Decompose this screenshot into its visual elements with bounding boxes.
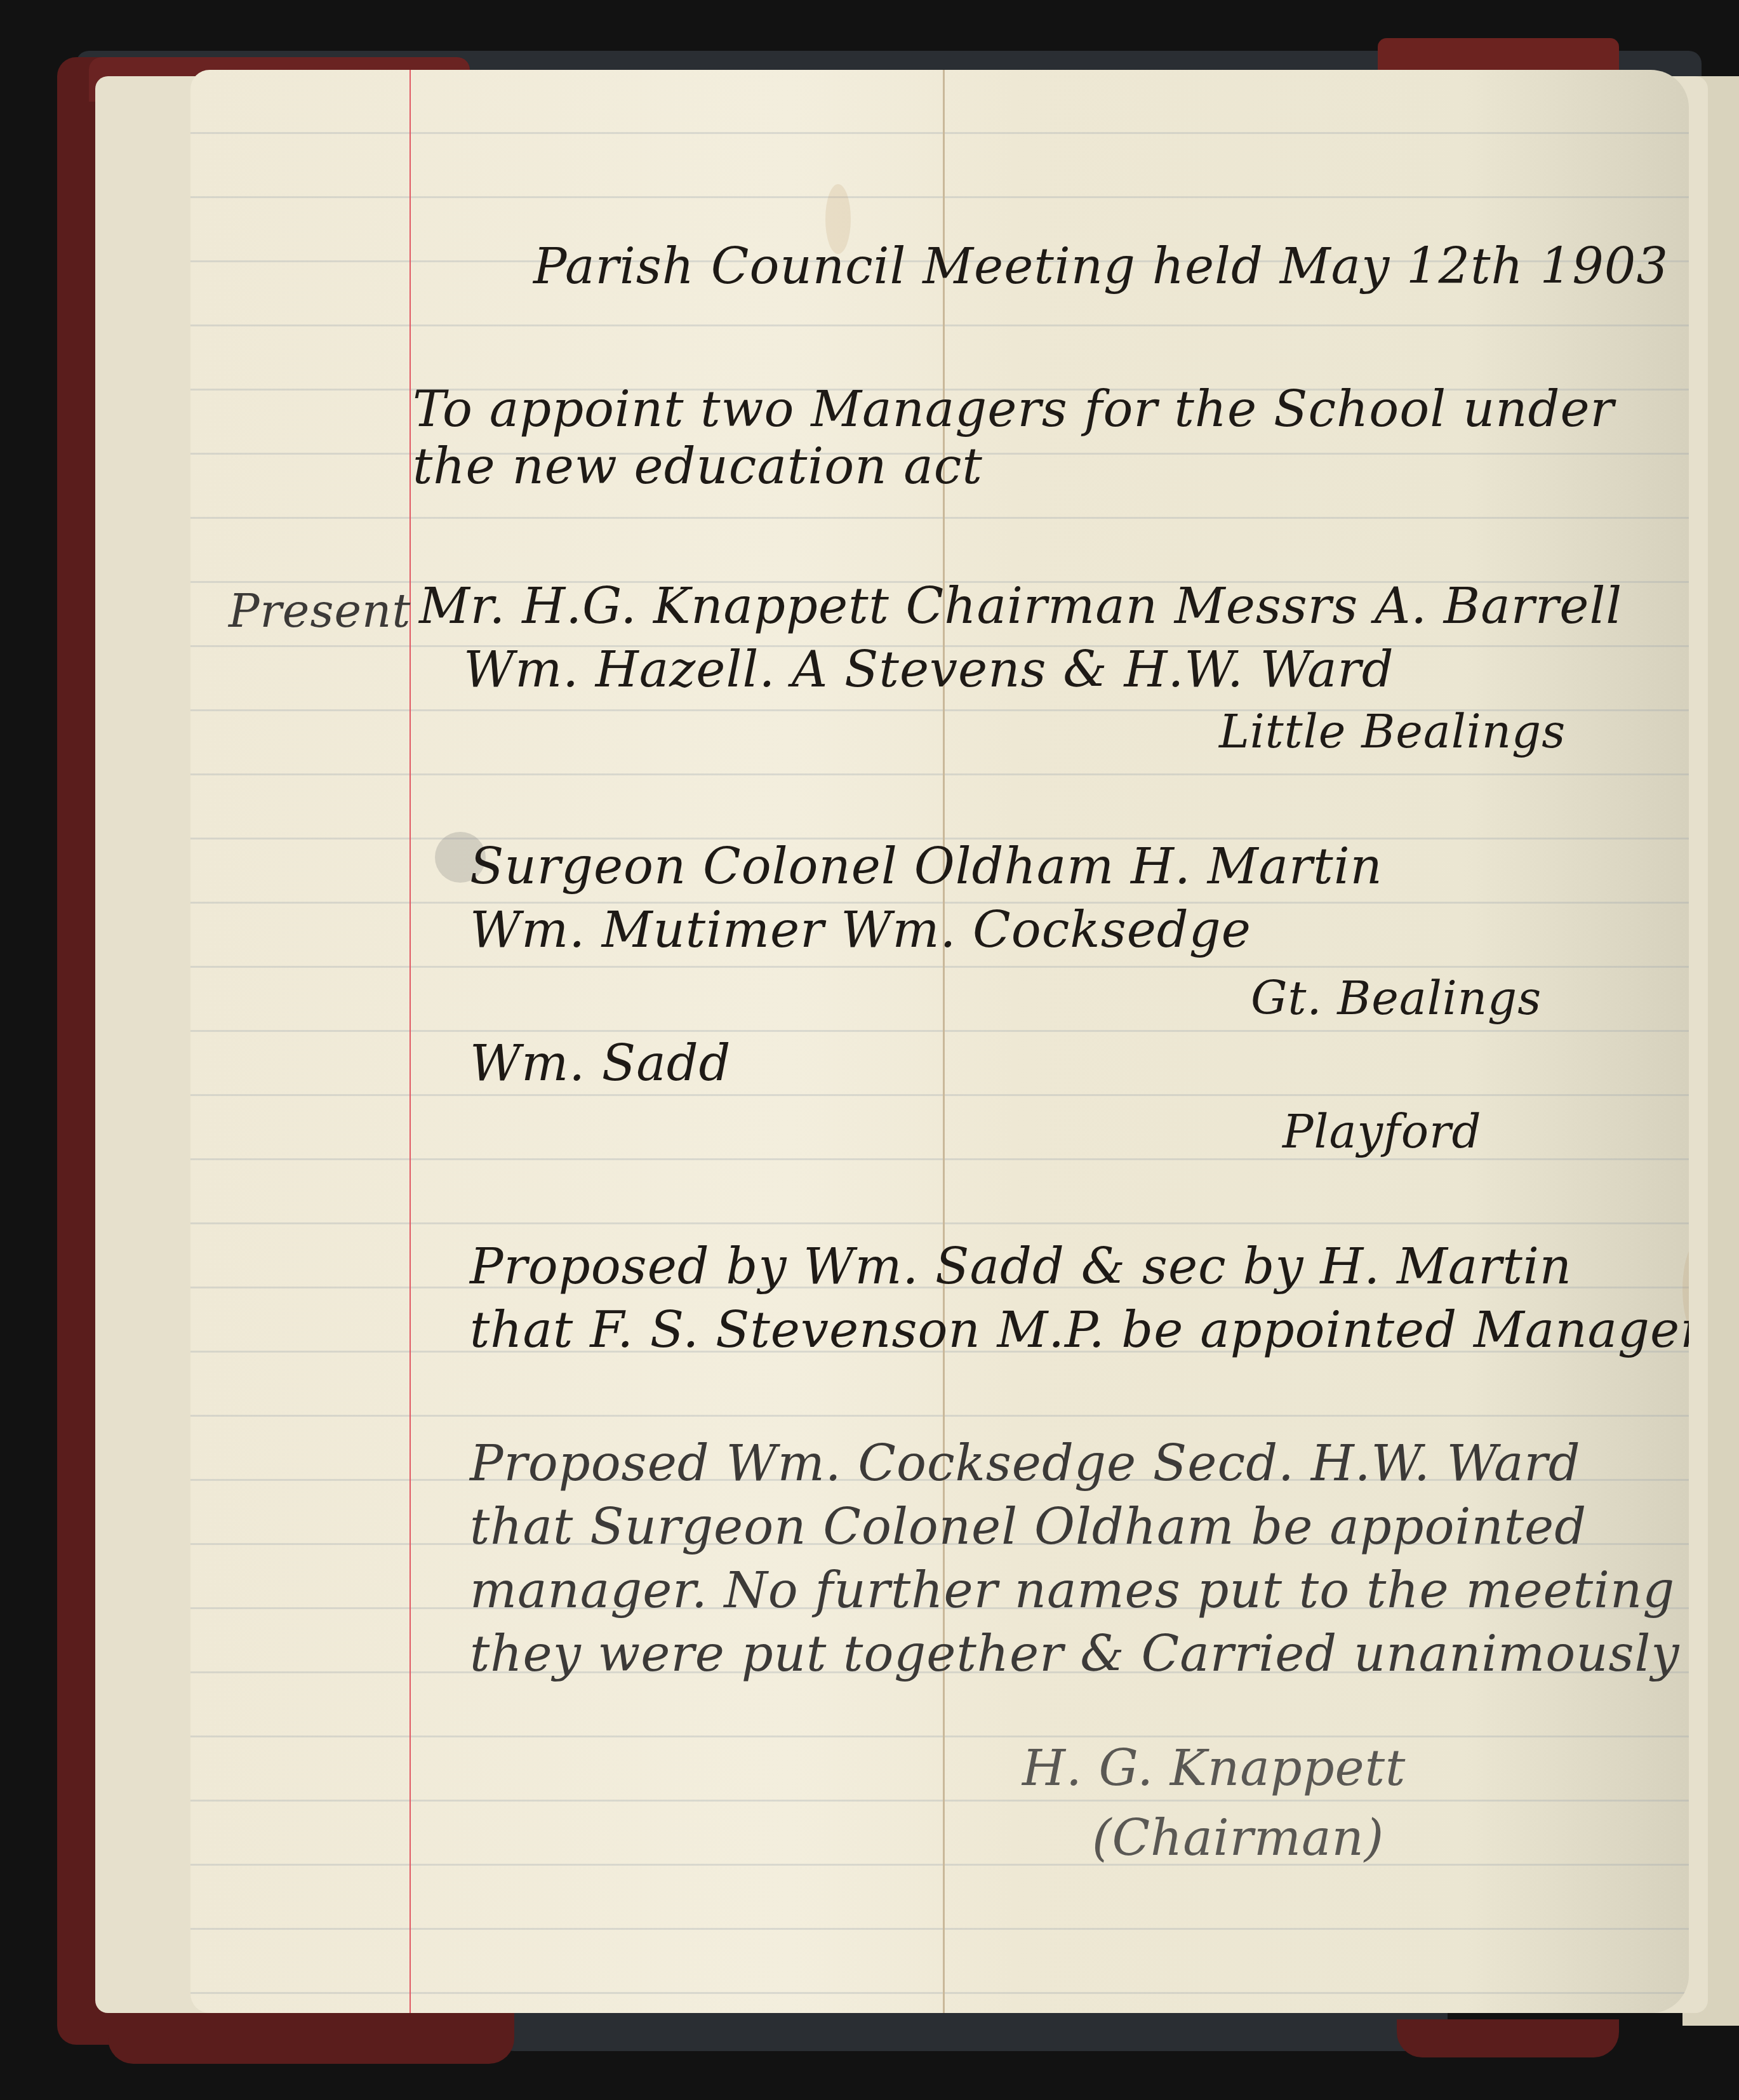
- resolution-1-line-1: Proposed by Wm. Sadd & sec by H. Martin: [470, 1238, 1572, 1295]
- meeting-title: Parish Council Meeting held May 12th 190…: [533, 238, 1669, 295]
- resolution-2-line-3: manager. No further names put to the mee…: [470, 1562, 1675, 1619]
- resolution-2-line-2: that Surgeon Colonel Oldham be appointed: [470, 1499, 1587, 1556]
- parish-little-bealings: Little Bealings: [1219, 705, 1566, 758]
- signature-role: (Chairman): [1092, 1810, 1384, 1867]
- present-label: Present: [229, 584, 411, 638]
- purpose-line-2: the new education act: [413, 438, 983, 495]
- attendees-line-5: Wm. Sadd: [470, 1035, 731, 1092]
- attendees-line-3: Surgeon Colonel Oldham H. Martin: [470, 838, 1383, 895]
- binding-cloth-bottom: [495, 2007, 1448, 2051]
- parish-playford: Playford: [1283, 1105, 1482, 1158]
- resolution-1-line-2: that F. S. Stevenson M.P. be appointed M…: [470, 1302, 1689, 1359]
- signature-name: H. G. Knappett: [1022, 1740, 1406, 1797]
- page-fold: [943, 70, 945, 2013]
- resolution-2-line-4: they were put together & Carried unanimo…: [470, 1626, 1679, 1683]
- attendees-line-4: Wm. Mutimer Wm. Cocksedge: [470, 902, 1251, 959]
- binding-leather-bottom-right: [1397, 2019, 1619, 2057]
- attendees-line-1: Mr. H.G. Knappett Chairman Messrs A. Bar…: [419, 578, 1622, 635]
- parish-gt-bealings: Gt. Bealings: [1251, 972, 1542, 1025]
- ledger-page: Parish Council Meeting held May 12th 190…: [190, 70, 1689, 2013]
- margin-rule: [410, 70, 411, 2013]
- purpose-line-1: To appoint two Managers for the School u…: [413, 381, 1615, 438]
- attendees-line-2: Wm. Hazell. A Stevens & H.W. Ward: [463, 641, 1394, 699]
- resolution-2-line-1: Proposed Wm. Cocksedge Secd. H.W. Ward: [470, 1435, 1581, 1492]
